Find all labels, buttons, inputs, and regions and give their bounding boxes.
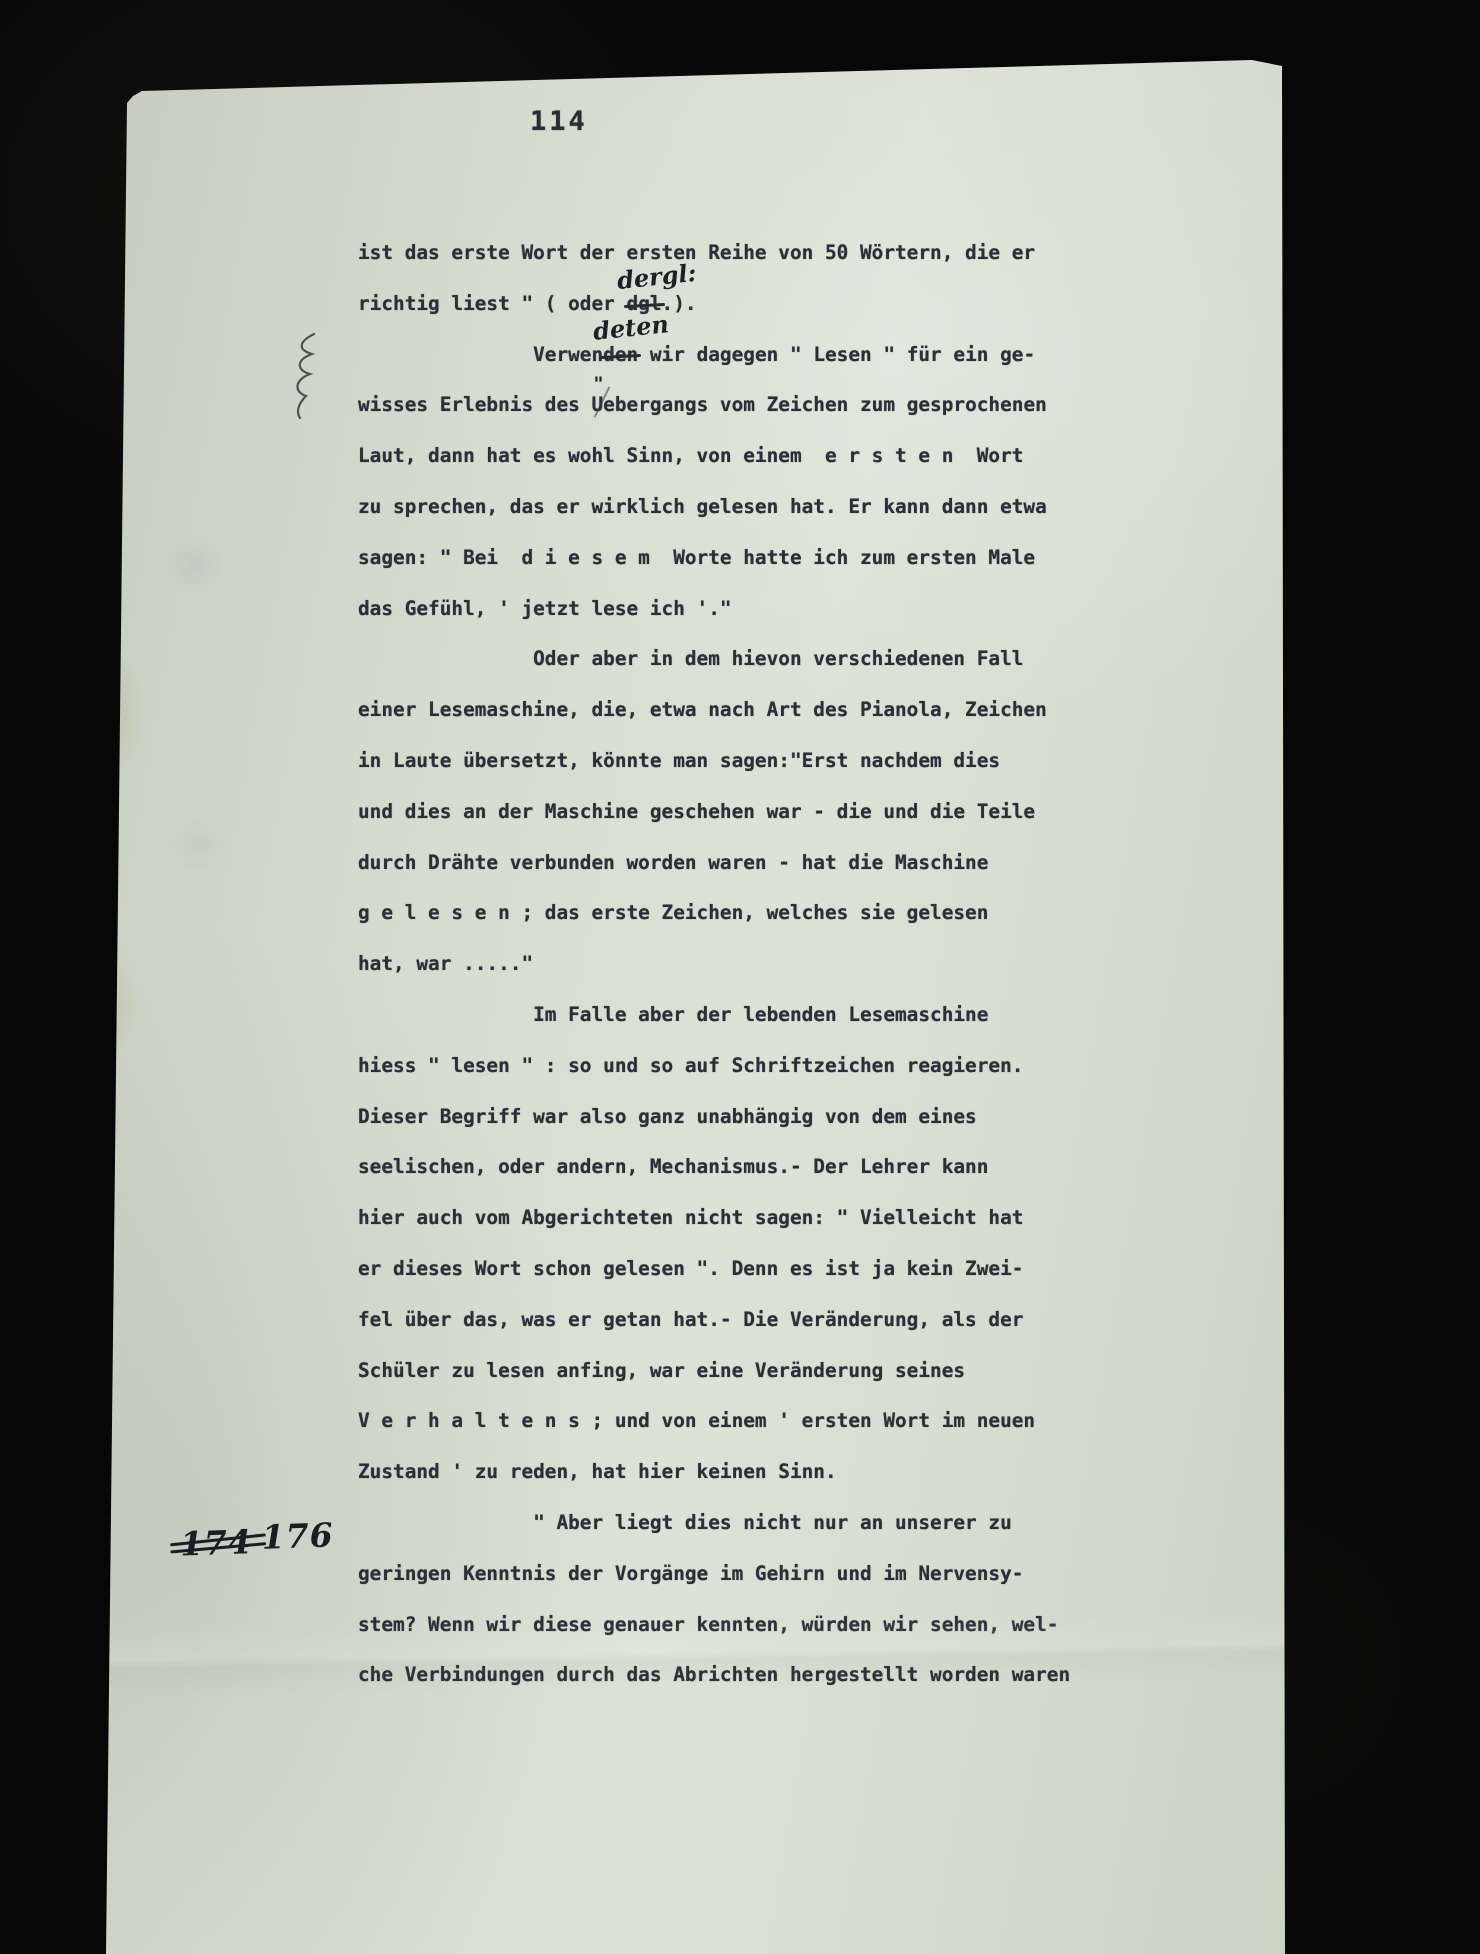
typed-line: und dies an der Maschine geschehen war -… (358, 787, 1078, 838)
typed-line: richtig liest " ( oder dgldergl:.). (358, 279, 1078, 330)
typed-line: ist das erste Wort der ersten Reihe von … (358, 228, 1078, 279)
typed-text: richtig liest " ( oder (358, 292, 627, 315)
typed-line: Schüler zu lesen anfing, war eine Veränd… (358, 1346, 1078, 1397)
typed-line: hat, war ....." (358, 939, 1078, 990)
typed-text: Laut, dann hat es wohl Sinn, von einem e… (358, 444, 1023, 467)
typed-line: stem? Wenn wir diese genauer kennten, wü… (358, 1600, 1078, 1651)
typed-text: fel über das, was er getan hat.- Die Ver… (358, 1308, 1023, 1331)
typed-text: Verwen (358, 343, 603, 366)
typed-line: che Verbindungen durch das Abrichten her… (358, 1650, 1078, 1701)
typed-text: wir dagegen " Lesen " für ein ge- (638, 343, 1035, 366)
typed-text: Zustand ' zu reden, hat hier keinen Sinn… (358, 1460, 837, 1483)
handwritten-correction: " (593, 375, 603, 394)
typed-text: einer Lesemaschine, die, etwa nach Art d… (358, 698, 1047, 721)
document-page: 114 174176 ist das erste Wort der ersten… (100, 60, 1285, 1954)
typed-text: und dies an der Maschine geschehen war -… (358, 800, 1035, 823)
typed-line: geringen Kenntnis der Vorgänge im Gehirn… (358, 1549, 1078, 1600)
margin-squiggle-mark (288, 330, 328, 420)
struck-typed-text: dendeten (603, 343, 638, 366)
typed-line: seelischen, oder andern, Mechanismus.- D… (358, 1142, 1078, 1193)
typed-text: ist das erste Wort der ersten Reihe von … (358, 241, 1035, 264)
typed-text: g e l e s e n ; das erste Zeichen, welch… (358, 901, 988, 924)
typed-text: Im Falle aber der lebenden Lesemaschine (358, 1003, 988, 1026)
typewritten-text-block: ist das erste Wort der ersten Reihe von … (358, 228, 1078, 1701)
typed-line: fel über das, was er getan hat.- Die Ver… (358, 1295, 1078, 1346)
struck-old-number: 174 (179, 1522, 252, 1563)
typed-line: g e l e s e n ; das erste Zeichen, welch… (358, 888, 1078, 939)
typed-line: zu sprechen, das er wirklich gelesen hat… (358, 482, 1078, 533)
typed-text: sagen: " Bei d i e s e m Worte hatte ich… (358, 546, 1035, 569)
typed-line: Laut, dann hat es wohl Sinn, von einem e… (358, 431, 1078, 482)
typed-line: Zustand ' zu reden, hat hier keinen Sinn… (358, 1447, 1078, 1498)
handwritten-correction: dergl: (615, 261, 697, 293)
typed-line: Dieser Begriff war also ganz unabhängig … (358, 1092, 1078, 1143)
typed-line: hier auch vom Abgerichteten nicht sagen:… (358, 1193, 1078, 1244)
typed-text: geringen Kenntnis der Vorgänge im Gehirn… (358, 1562, 1023, 1585)
page-number: 114 (530, 108, 588, 135)
typed-text: zu sprechen, das er wirklich gelesen hat… (358, 495, 1047, 518)
typed-text: hat, war ....." (358, 952, 533, 975)
typed-text: in Laute übersetzt, könnte man sagen:"Er… (358, 749, 1000, 772)
typed-text: Oder aber in dem hievon verschiedenen Fa… (358, 647, 1023, 670)
typed-line: Oder aber in dem hievon verschiedenen Fa… (358, 634, 1078, 685)
typed-text: hiess " lesen " : so und so auf Schriftz… (358, 1054, 1023, 1077)
typed-line: V e r h a l t e n s ; und von einem ' er… (358, 1396, 1078, 1447)
typed-line: Im Falle aber der lebenden Lesemaschine (358, 990, 1078, 1041)
typed-text: bergangs vom Zeichen zum gesprochenen (615, 393, 1047, 416)
typed-text: V e r h a l t e n s ; und von einem ' er… (358, 1409, 1035, 1432)
typed-text: Schüler zu lesen anfing, war eine Veränd… (358, 1359, 965, 1382)
typed-line: in Laute übersetzt, könnte man sagen:"Er… (358, 736, 1078, 787)
margin-page-correction: 174176 (179, 1519, 334, 1563)
handwritten-correction: deten (592, 312, 670, 344)
typed-line: das Gefühl, ' jetzt lese ich '." (358, 584, 1078, 635)
typed-text: wisses Erlebnis des (358, 393, 591, 416)
scan-background: 114 174176 ist das erste Wort der ersten… (0, 0, 1480, 1954)
typed-line: durch Drähte verbunden worden waren - ha… (358, 838, 1078, 889)
typed-text: hier auch vom Abgerichteten nicht sagen:… (358, 1206, 1023, 1229)
typed-text: seelischen, oder andern, Mechanismus.- D… (358, 1155, 988, 1178)
typed-line: hiess " lesen " : so und so auf Schriftz… (358, 1041, 1078, 1092)
typed-text: Ue" (591, 393, 614, 416)
typed-text: das Gefühl, ' jetzt lese ich '." (358, 597, 732, 620)
corrected-number: 176 (261, 1515, 334, 1556)
typed-line: er dieses Wort schon gelesen ". Denn es … (358, 1244, 1078, 1295)
typed-text: er dieses Wort schon gelesen ". Denn es … (358, 1257, 1023, 1280)
typed-text: " Aber liegt dies nicht nur an unserer z… (358, 1511, 1012, 1534)
typed-line: Verwendendeten wir dagegen " Lesen " für… (358, 330, 1078, 381)
typed-line: wisses Erlebnis des Ue"bergangs vom Zeic… (358, 380, 1078, 431)
typed-text: stem? Wenn wir diese genauer kennten, wü… (358, 1613, 1058, 1636)
typed-line: sagen: " Bei d i e s e m Worte hatte ich… (358, 533, 1078, 584)
typed-text: durch Drähte verbunden worden waren - ha… (358, 851, 988, 874)
typed-line: einer Lesemaschine, die, etwa nach Art d… (358, 685, 1078, 736)
typed-text: che Verbindungen durch das Abrichten her… (358, 1663, 1070, 1686)
typed-text: Dieser Begriff war also ganz unabhängig … (358, 1105, 977, 1128)
typed-line: " Aber liegt dies nicht nur an unserer z… (358, 1498, 1078, 1549)
